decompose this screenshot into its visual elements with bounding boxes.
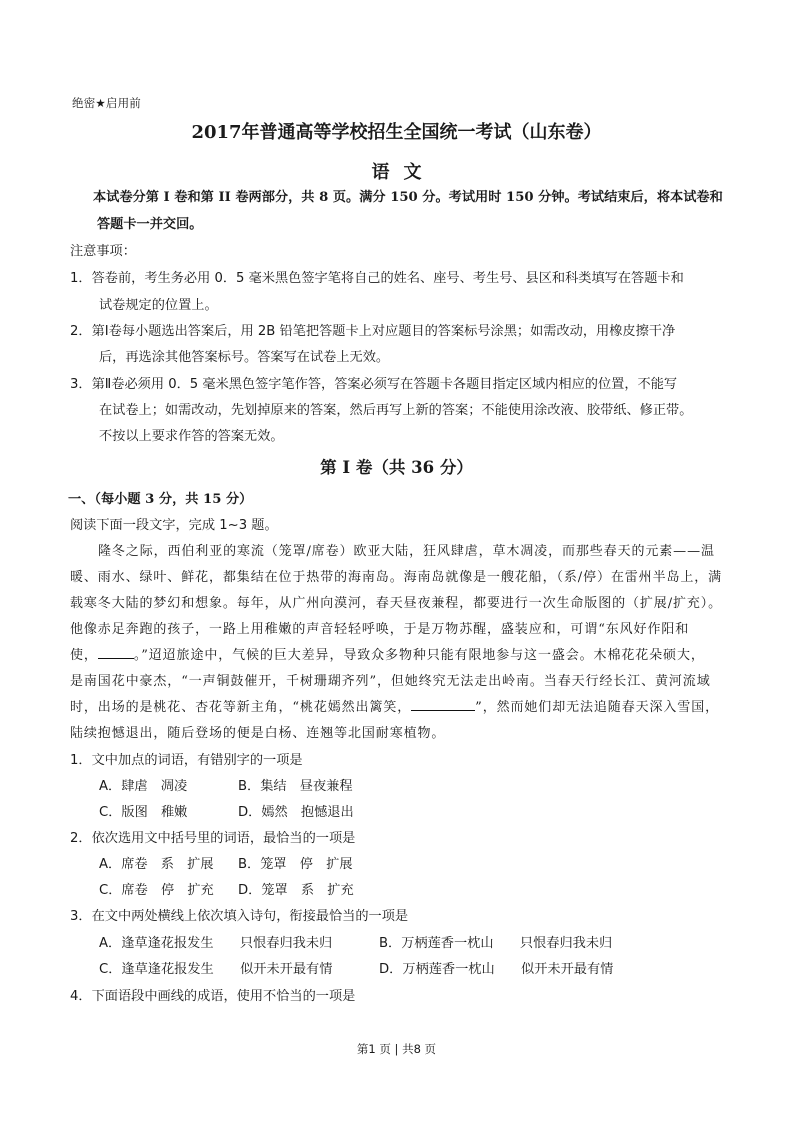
passage-text: 时，出场的是桃花、杏花等新主角，“桃花嫣然出篱笑， bbox=[70, 700, 411, 715]
question-1-option-a: A．肆虐 凋凌 bbox=[99, 775, 187, 794]
secret-label: 绝密★启用前 bbox=[72, 95, 141, 111]
passage-text: ”，然而她们却无法追随春天深入雪国， bbox=[475, 700, 719, 715]
notice-item-3-cont: 在试卷上；如需改动，先划掉原来的答案，然后再写上新的答案；不能使用涂改液、胶带纸… bbox=[99, 399, 692, 418]
passage-line: 他像赤足奔跑的孩子，一路上用稚嫩的声音轻轻呼唤，于是万物苏醒，盛装应和，可谓“东… bbox=[70, 618, 689, 637]
passage-text: 使， bbox=[70, 648, 98, 663]
question-2-option-d: D．笼罩 系 扩充 bbox=[238, 879, 354, 898]
question-2-stem: 2．依次选用文中括号里的词语，最恰当的一项是 bbox=[70, 827, 355, 846]
question-3-option-d: D．万柄莲香一枕山 似开未开最有情 bbox=[379, 958, 613, 977]
question-4-stem: 4．下面语段中画线的成语，使用不恰当的一项是 bbox=[70, 985, 355, 1004]
question-1-option-b: B．集结 昼夜兼程 bbox=[238, 775, 353, 794]
passage-text: 。”迢迢旅途中，气候的巨大差异，导致众多物种只能有限地参与这一盛会。木棉花花朵硕… bbox=[134, 648, 705, 663]
passage-line: 是南国花中豪杰，“一声铜鼓催开，千树珊瑚齐列”，但她终究无法走出岭南。当春天行经… bbox=[70, 670, 711, 689]
notice-item-2: 2．第Ⅰ卷每小题选出答案后，用 2B 铅笔把答题卡上对应题目的答案标号涂黑；如需… bbox=[70, 320, 675, 339]
notice-item-2-cont: 后，再选涂其他答案标号。答案写在试卷上无效。 bbox=[99, 346, 389, 365]
question-1-option-c: C．版图 稚嫩 bbox=[99, 801, 187, 820]
notice-heading: 注意事项： bbox=[70, 240, 136, 259]
subject-title: 语文 bbox=[0, 158, 793, 184]
passage-line: 载寒冬大陆的梦幻和想象。每年，从广州向漠河，春天昼夜兼程，都要进行一次生命版图的… bbox=[70, 592, 722, 611]
question-3-option-b: B．万柄莲香一枕山 只恨春归我未归 bbox=[379, 932, 612, 951]
reading-instruction: 阅读下面一段文字，完成 1~3 题。 bbox=[70, 514, 278, 533]
part-heading: 一、（每小题 3 分，共 15 分） bbox=[68, 488, 252, 507]
question-1-stem: 1．文中加点的词语，有错别字的一项是 bbox=[70, 749, 303, 768]
intro-line-2: 答题卡一并交回。 bbox=[97, 213, 203, 232]
passage-line: 使，。”迢迢旅途中，气候的巨大差异，导致众多物种只能有限地参与这一盛会。木棉花花… bbox=[70, 644, 705, 663]
passage-line: 隆冬之际，西伯利亚的寒流（笼罩/席卷）欧亚大陆，狂风肆虐，草木凋凌，而那些春天的… bbox=[98, 540, 715, 559]
question-1-option-d: D．嫣然 抱憾退出 bbox=[238, 801, 354, 820]
question-2-option-b: B．笼罩 停 扩展 bbox=[238, 853, 353, 872]
notice-item-3: 3．第Ⅱ卷必须用 0．5 毫米黑色签字笔作答，答案必须写在答题卡各题目指定区域内… bbox=[70, 373, 677, 392]
page-footer: 第1 页 | 共8 页 bbox=[0, 1041, 793, 1057]
passage-line: 时，出场的是桃花、杏花等新主角，“桃花嫣然出篱笑，”，然而她们却无法追随春天深入… bbox=[70, 696, 719, 715]
fill-blank-1 bbox=[98, 646, 134, 659]
notice-item-1: 1．答卷前，考生务必用 0．5 毫米黑色签字笔将自己的姓名、座号、考生号、县区和… bbox=[70, 267, 684, 286]
question-3-stem: 3．在文中两处横线上依次填入诗句，衔接最恰当的一项是 bbox=[70, 905, 408, 924]
fill-blank-2 bbox=[411, 698, 475, 711]
question-2-option-a: A．席卷 系 扩展 bbox=[99, 853, 214, 872]
notice-item-3-cont-2: 不按以上要求作答的答案无效。 bbox=[99, 425, 284, 444]
passage-line: 陆续抱憾退出，随后登场的便是白杨、连翘等北国耐寒植物。 bbox=[70, 722, 445, 741]
notice-item-1-cont: 试卷规定的位置上。 bbox=[99, 294, 218, 313]
intro-line-1: 本试卷分第 I 卷和第 II 卷两部分，共 8 页。满分 150 分。考试用时 … bbox=[93, 186, 723, 205]
passage-line: 暖、雨水、绿叶、鲜花，都集结在位于热带的海南岛。海南岛就像是一艘花船，（系/停）… bbox=[70, 566, 722, 585]
question-2-option-c: C．席卷 停 扩充 bbox=[99, 879, 214, 898]
exam-page: 绝密★启用前 2017年普通高等学校招生全国统一考试（山东卷） 语文 本试卷分第… bbox=[0, 0, 793, 1122]
question-3-option-a: A．逢草逢花报发生 只恨春归我未归 bbox=[99, 932, 332, 951]
exam-title: 2017年普通高等学校招生全国统一考试（山东卷） bbox=[0, 118, 793, 144]
question-3-option-c: C．逢草逢花报发生 似开未开最有情 bbox=[99, 958, 332, 977]
section-title: 第 I 卷（共 36 分） bbox=[0, 454, 793, 478]
